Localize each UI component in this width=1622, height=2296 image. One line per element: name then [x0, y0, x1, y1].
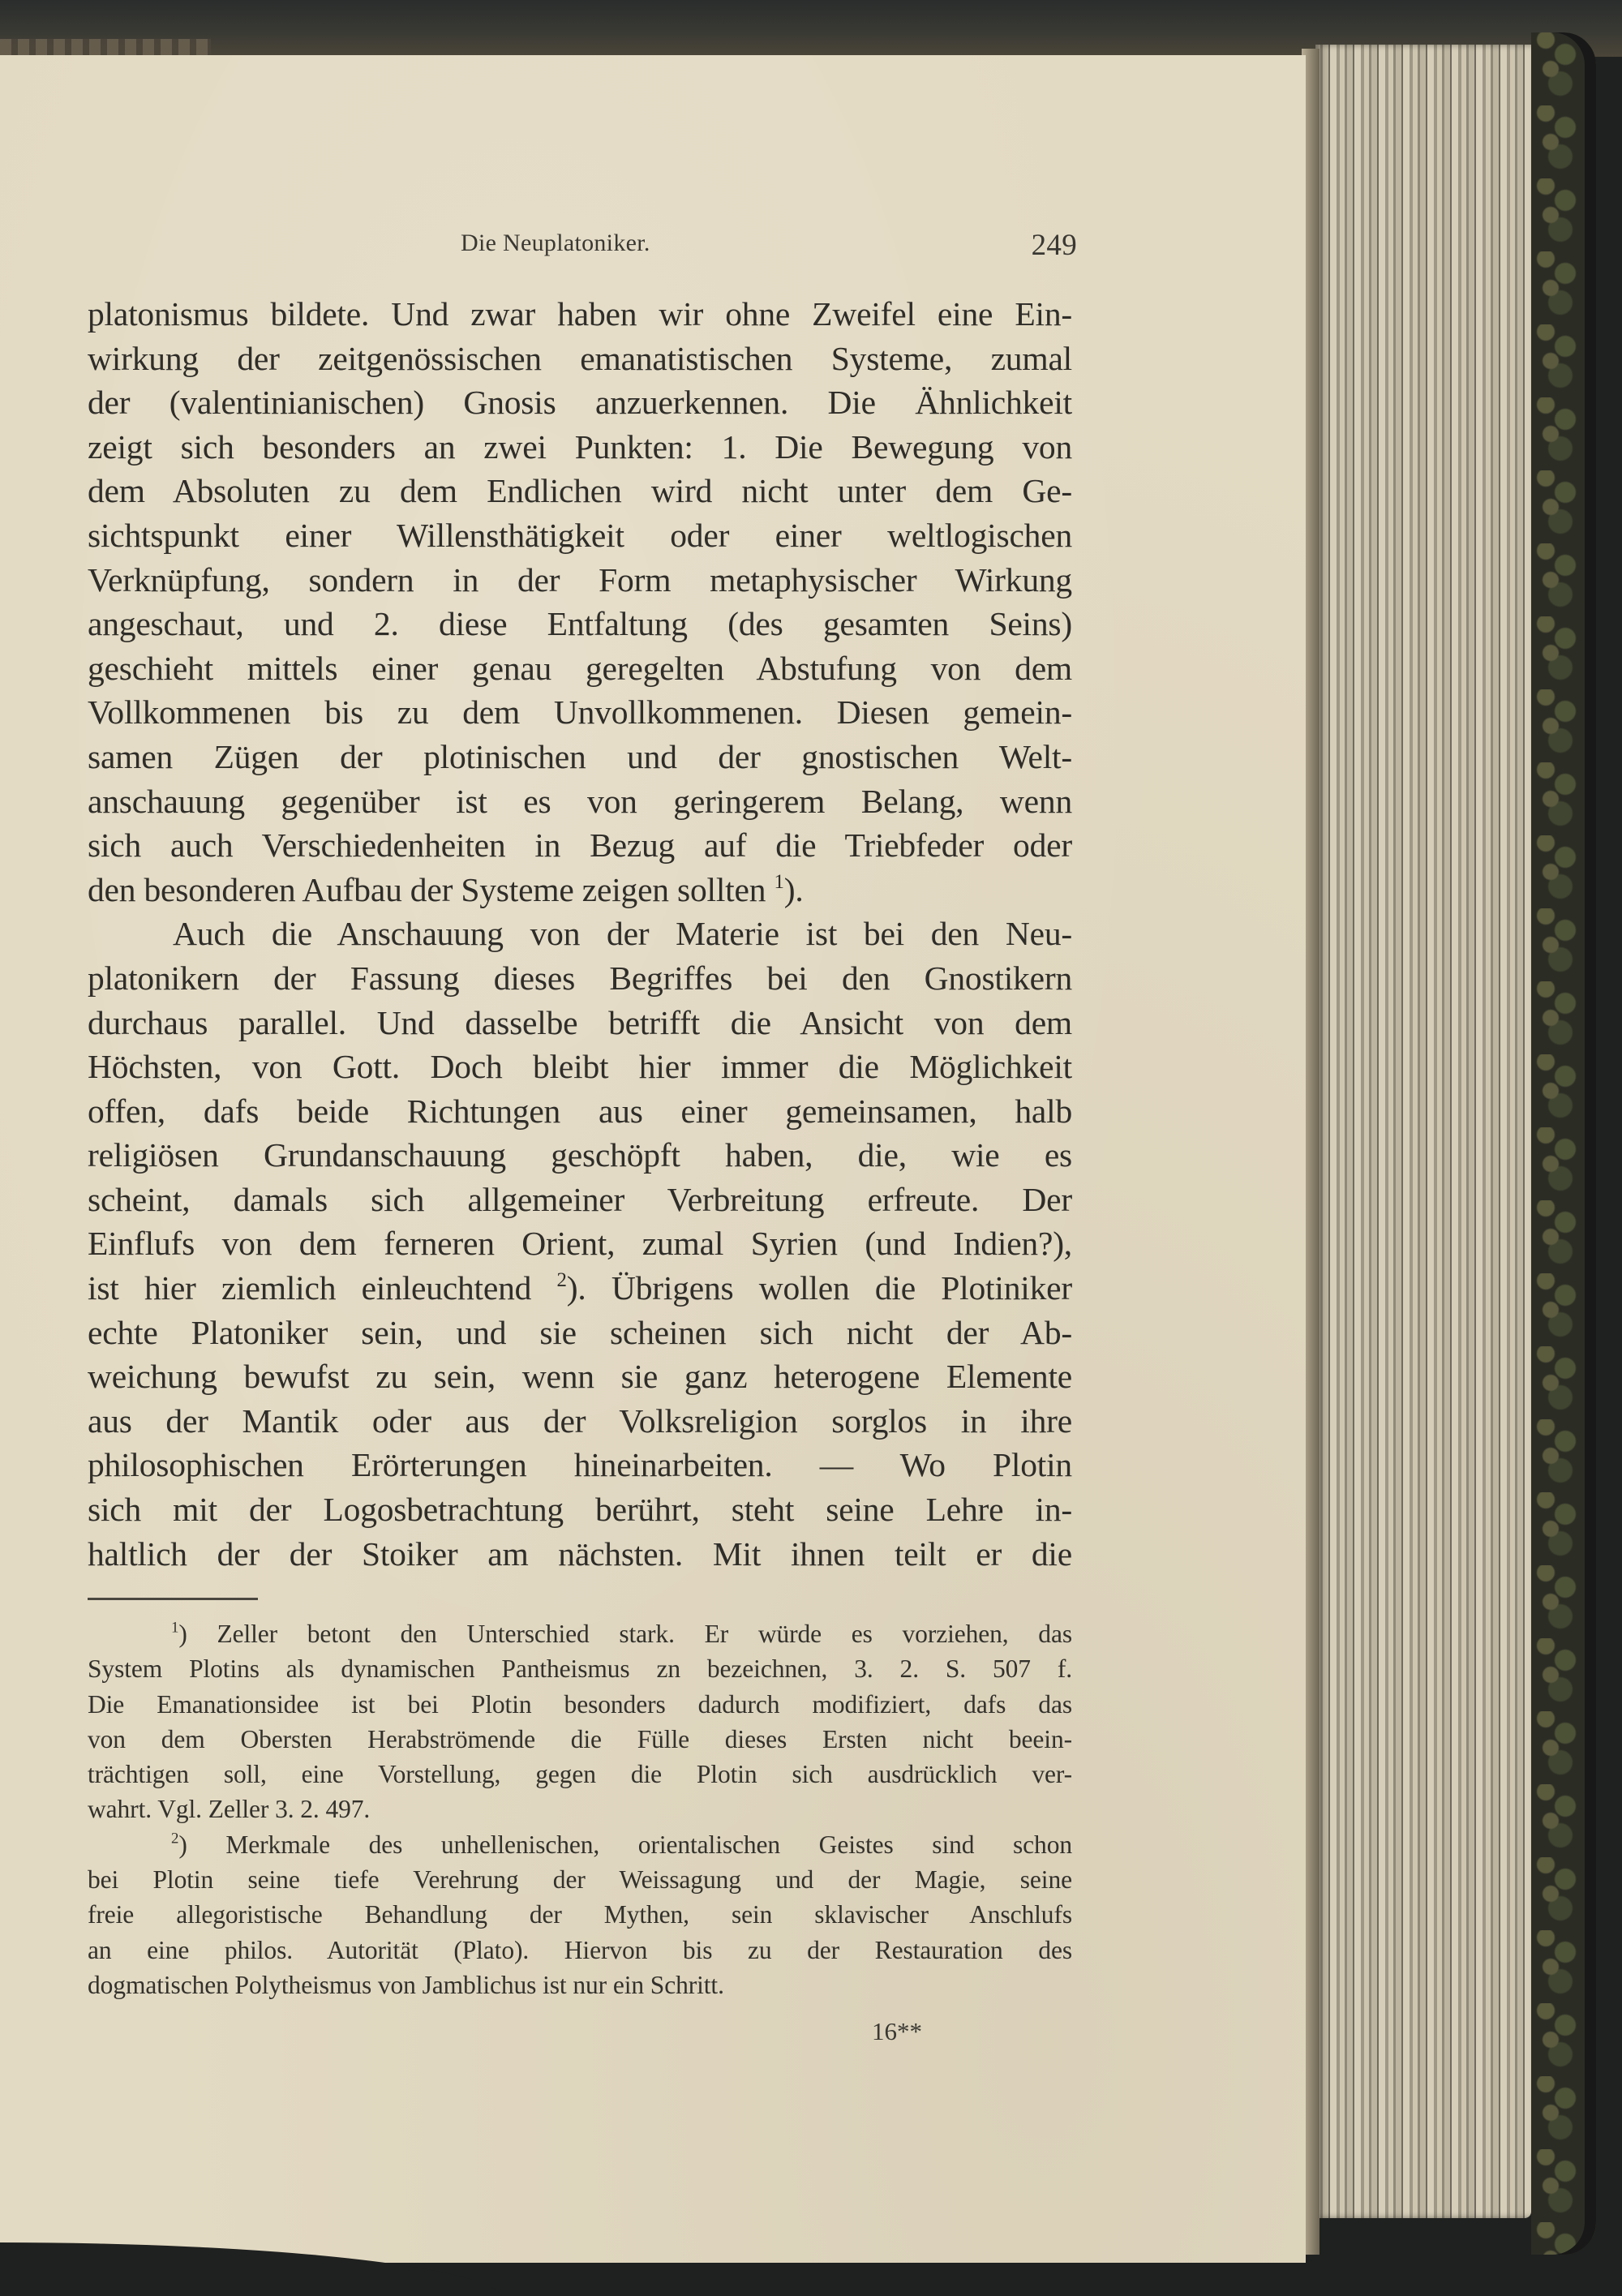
footnote-1-first-line: 1) Zeller betont den Unterschied stark. … — [88, 1616, 1072, 1651]
text-fragment: ). Übrigens wollen die Plotiniker — [567, 1269, 1072, 1307]
footnote-marker-1: 1 — [171, 1620, 178, 1637]
running-head: Die Neuplatoniker. 249 — [461, 230, 1077, 262]
text-line: sich auch Verschiedenheiten in Bezug auf… — [88, 823, 1072, 868]
text-line: echte Platoniker sein, und sie scheinen … — [88, 1311, 1072, 1355]
text-line-with-footnote-ref: den besonderen Aufbau der Systeme zeigen… — [88, 868, 1072, 912]
footnote-line: an eine philos. Autorität (Plato). Hierv… — [88, 1933, 1072, 1968]
text-line: haltlich der der Stoiker am nächsten. Mi… — [88, 1532, 1072, 1577]
footnote-text: Zeller betont den Unterschied stark. Er … — [217, 1620, 1072, 1648]
paragraph-start-line: Auch die Anschauung von der Materie ist … — [88, 912, 1072, 956]
text-line: sichtspunkt einer Willensthätigkeit oder… — [88, 513, 1072, 558]
text-line: zeigt sich besonders an zwei Punkten: 1.… — [88, 425, 1072, 470]
page-stack-edges — [1315, 45, 1531, 2218]
footnote-line: System Plotins als dynamischen Pantheism… — [88, 1651, 1072, 1686]
body-text: platonismus bildete. Und zwar haben wir … — [88, 292, 1072, 1576]
signature-mark: 16** — [872, 2017, 922, 2046]
text-line: dem Absoluten zu dem Endlichen wird nich… — [88, 469, 1072, 513]
page-number: 249 — [1032, 228, 1077, 263]
text-line: offen, dafs beide Richtungen aus einer g… — [88, 1089, 1072, 1134]
binding-thread — [0, 39, 211, 55]
footnote-separator — [88, 1598, 258, 1600]
text-line: geschieht mittels einer genau geregelten… — [88, 646, 1072, 691]
footnote-marker-2: 2 — [171, 1830, 178, 1848]
footnote-line: Die Emanationsidee ist bei Plotin besond… — [88, 1687, 1072, 1722]
text-line: weichung bewufst zu sein, wenn sie ganz … — [88, 1354, 1072, 1399]
footnote-line: von dem Obersten Herabströmende die Füll… — [88, 1722, 1072, 1757]
text-line: wirkung der zeitgenössischen emanatistis… — [88, 337, 1072, 381]
text-fragment: den besonderen Aufbau der Systeme zeigen… — [88, 871, 766, 908]
running-head-title: Die Neuplatoniker. — [461, 230, 650, 257]
text-fragment: ist hier ziemlich einleuchtend — [88, 1269, 531, 1307]
footnote-line: freie allegoristische Behandlung der Myt… — [88, 1897, 1072, 1932]
text-line: religiösen Grundanschauung geschöpft hab… — [88, 1133, 1072, 1178]
footnote-ref-1[interactable]: 1 — [774, 871, 783, 893]
text-line: der (valentinianischen) Gnosis anzuerken… — [88, 380, 1072, 425]
text-line-with-footnote-ref: ist hier ziemlich einleuchtend 2). Übrig… — [88, 1266, 1072, 1311]
text-line: samen Zügen der plotinischen und der gno… — [88, 735, 1072, 779]
footnote-line: bei Plotin seine tiefe Verehrung der Wei… — [88, 1862, 1072, 1897]
marbled-cover-edge — [1531, 32, 1596, 2255]
text-fragment: ). — [784, 871, 804, 908]
footnote-line: wahrt. Vgl. Zeller 3. 2. 497. — [88, 1792, 1072, 1826]
text-line: Verknüpfung, sondern in der Form metaphy… — [88, 558, 1072, 603]
text-line: Höchsten, von Gott. Doch bleibt hier imm… — [88, 1045, 1072, 1089]
text-line: sich mit der Logosbetrachtung berührt, s… — [88, 1487, 1072, 1532]
footnote-2-first-line: 2) Merkmale des unhellenischen, oriental… — [88, 1827, 1072, 1862]
footnote-line: dogmatischen Polytheismus von Jamblichus… — [88, 1968, 1072, 2002]
text-line: anschauung gegenüber ist es von geringer… — [88, 779, 1072, 824]
footnote-line: trächtigen soll, eine Vorstellung, gegen… — [88, 1757, 1072, 1792]
footnotes: 1) Zeller betont den Unterschied stark. … — [88, 1616, 1072, 2002]
text-line: Einflufs von dem ferneren Orient, zumal … — [88, 1221, 1072, 1266]
footnote-ref-2[interactable]: 2 — [557, 1269, 567, 1291]
text-line: platonikern der Fassung dieses Begriffes… — [88, 956, 1072, 1001]
text-line: angeschaut, und 2. diese Entfaltung (des… — [88, 602, 1072, 646]
footnote-text: Merkmale des unhellenischen, orientalisc… — [225, 1830, 1072, 1859]
text-line: platonismus bildete. Und zwar haben wir … — [88, 292, 1072, 337]
text-line: Vollkommenen bis zu dem Unvollkommenen. … — [88, 690, 1072, 735]
text-line: durchaus parallel. Und dasselbe betrifft… — [88, 1001, 1072, 1045]
text-line: philosophischen Erörterungen hineinarbei… — [88, 1443, 1072, 1487]
text-line: scheint, damals sich allgemeiner Verbrei… — [88, 1178, 1072, 1222]
text-line: aus der Mantik oder aus der Volksreligio… — [88, 1399, 1072, 1444]
